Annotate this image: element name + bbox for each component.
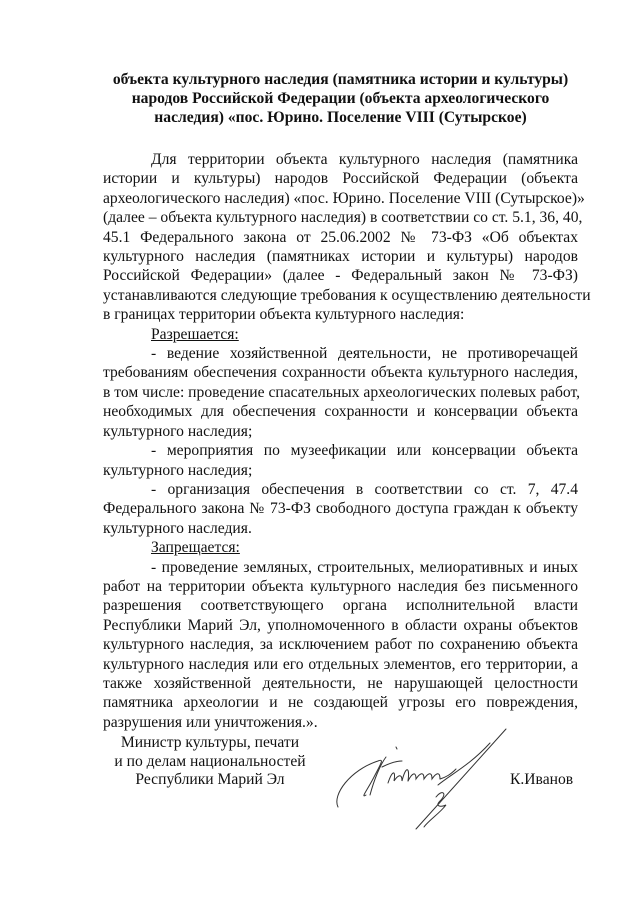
text-line: Российской Федерации» (далее - Федеральн…: [103, 266, 578, 285]
text-line: также хозяйственной деятельности, не нар…: [103, 674, 578, 693]
document-title: объекта культурного наследия (памятника …: [103, 70, 578, 127]
text-line: Для территории объекта культурного насле…: [103, 150, 578, 169]
text-line: работ на территории объекта культурного …: [103, 577, 578, 596]
allowed-heading: Разрешается:: [151, 326, 239, 343]
document-body: Для территории объекта культурного насле…: [103, 150, 578, 732]
text-line: культурного наследия;: [103, 422, 578, 441]
forbidden-section: Запрещается:: [103, 538, 578, 557]
text-line: культурного наследия или его отдельных э…: [103, 655, 578, 674]
text-line: в том числе: проведение спасательных арх…: [103, 383, 578, 402]
text-line: разрешения соответствующего органа испол…: [103, 596, 578, 615]
text-line: требованиям обеспечения сохранности объе…: [103, 363, 578, 382]
text-line: устанавливаются следующие требования к о…: [103, 286, 578, 305]
text-line: (далее – объекта культурного наследия) в…: [103, 208, 578, 227]
text-line: в границах территории объекта культурног…: [103, 305, 578, 324]
text-line: - ведение хозяйственной деятельности, не…: [103, 344, 578, 363]
position-line: и по делам национальностей: [110, 753, 310, 772]
text-line: - организация обеспечения в соответствии…: [103, 480, 578, 499]
intro-paragraph: Для территории объекта культурного насле…: [103, 150, 578, 325]
allowed-item: - мероприятия по музеефикации или консер…: [103, 441, 578, 480]
document-page: объекта культурного наследия (памятника …: [0, 0, 640, 905]
allowed-item: - ведение хозяйственной деятельности, не…: [103, 344, 578, 441]
allowed-item: - организация обеспечения в соответствии…: [103, 480, 578, 538]
text-line: необходимых для обеспечения сохранности …: [103, 402, 578, 421]
text-line: культурного наследия.: [103, 519, 578, 538]
title-line: наследия) «пос. Юрино. Поселение VIII (С…: [103, 108, 578, 127]
text-line: культурного наследия;: [103, 461, 578, 480]
handwritten-signature-icon: [330, 725, 510, 835]
title-line: объекта культурного наследия (памятника …: [103, 70, 578, 89]
title-line: народов Российской Федерации (объекта ар…: [103, 89, 578, 108]
position-line: Министр культуры, печати: [110, 734, 310, 753]
text-line: культурного наследия, за исключением раб…: [103, 635, 578, 654]
text-line: Федерального закона № 73-ФЗ свободного д…: [103, 499, 578, 518]
text-line: - проведение земляных, строительных, мел…: [103, 558, 578, 577]
text-line: археологического наследия) «пос. Юрино. …: [103, 189, 578, 208]
text-line: истории и культуры) народов Российской Ф…: [103, 169, 578, 188]
text-line: культурного наследия (памятниках истории…: [103, 247, 578, 266]
text-line: - мероприятия по музеефикации или консер…: [103, 441, 578, 460]
allowed-section: Разрешается:: [103, 325, 578, 344]
forbidden-item: - проведение земляных, строительных, мел…: [103, 558, 578, 733]
signatory-name: К.Иванов: [510, 771, 573, 790]
text-line: памятника археологии и не создающей угро…: [103, 693, 578, 712]
position-line: Республики Марий Эл: [110, 771, 310, 790]
text-line: 45.1 Федерального закона от 25.06.2002 №…: [103, 228, 578, 247]
signatory-position: Министр культуры, печати и по делам наци…: [110, 734, 310, 790]
text-line: Республики Марий Эл, уполномоченного в о…: [103, 616, 578, 635]
forbidden-heading: Запрещается:: [151, 539, 240, 556]
